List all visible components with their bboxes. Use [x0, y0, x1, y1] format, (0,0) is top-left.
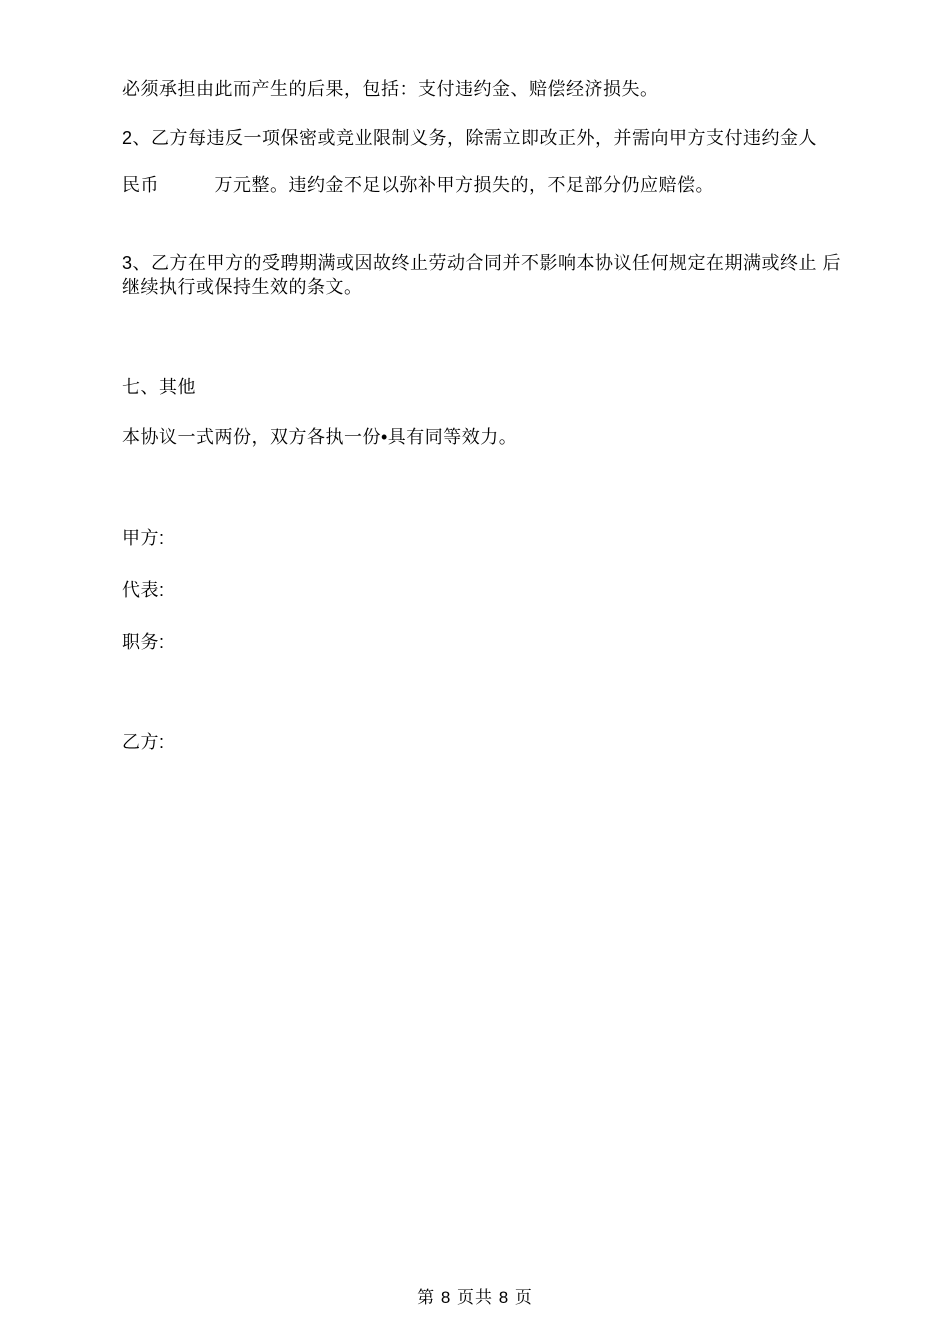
clause-3-line-2: 继续执行或保持生效的条文。 [122, 278, 363, 296]
representative-label: 代表: [122, 581, 165, 599]
clause-2-line-2: 民币 万元整。违约金不足以弥补甲方损失的，不足部分仍应赔偿。 [122, 176, 714, 194]
position-label: 职务: [122, 633, 165, 651]
party-a-label: 甲方: [122, 529, 165, 547]
clause-2-line-1: 2、乙方每违反一项保密或竞业限制义务，除需立即改正外，并需向甲方支付违约金人 [122, 129, 817, 147]
page-number-footer: 第 8 页共 8 页 [0, 1289, 950, 1306]
section-7-heading: 七、其他 [122, 378, 196, 396]
paragraph-copies-clause: 本协议一式两份，双方各执一份•具有同等效力。 [122, 428, 517, 446]
party-b-label: 乙方: [122, 733, 165, 751]
clause-3-line-1: 3、乙方在甲方的受聘期满或因故终止劳动合同并不影响本协议任何规定在期满或终止 后 [122, 254, 841, 272]
document-page: 必须承担由此而产生的后果，包括：支付违约金、赔偿经济损失。 2、乙方每违反一项保… [0, 0, 950, 1344]
paragraph-consequence-clause: 必须承担由此而产生的后果，包括：支付违约金、赔偿经济损失。 [122, 80, 659, 98]
